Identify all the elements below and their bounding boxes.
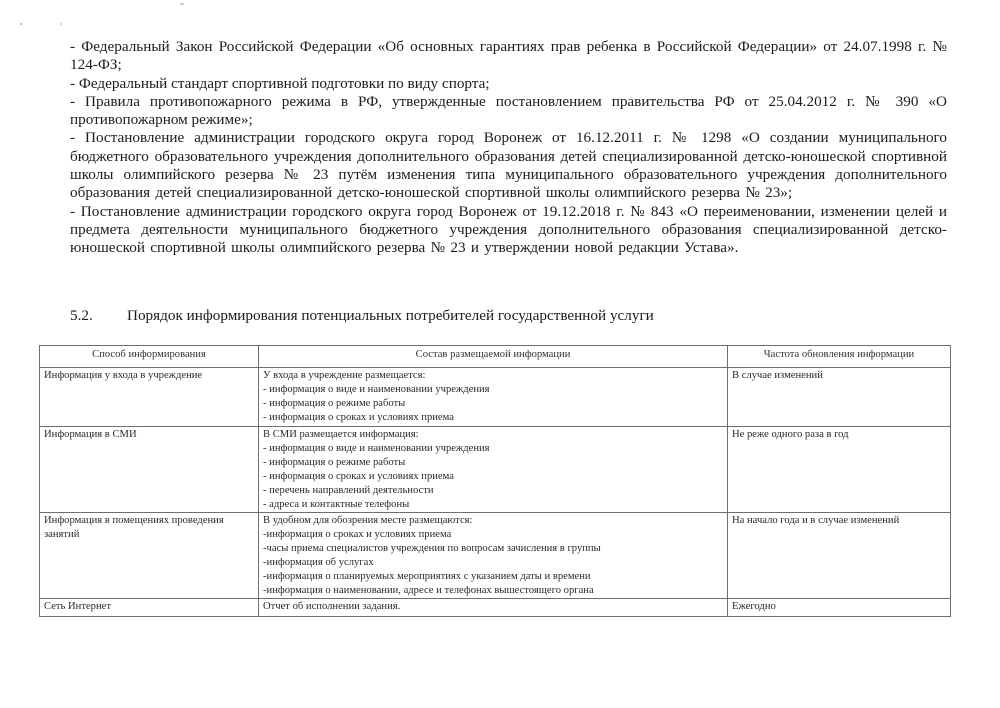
legal-basis-item: - Постановление администрации городского… bbox=[70, 129, 947, 202]
content-line: - адреса и контактные телефоны bbox=[263, 498, 723, 512]
frequency-cell: Ежегодно bbox=[728, 599, 951, 617]
frequency-cell: Не реже одного раза в год bbox=[728, 427, 951, 513]
content-line: -информация о планируемых мероприятиях с… bbox=[263, 570, 723, 584]
content-line: - информация о сроках и условиях приема bbox=[263, 411, 723, 425]
content-line: -информация об услугах bbox=[263, 556, 723, 570]
content-line: -часы приема специалистов учреждения по … bbox=[263, 542, 723, 556]
content-line: - информация о сроках и условиях приема bbox=[263, 470, 723, 484]
method-cell: Информация в СМИ bbox=[40, 427, 259, 513]
content-line: - информация о режиме работы bbox=[263, 397, 723, 411]
method-cell: Информация у входа в учреждение bbox=[40, 368, 259, 427]
content-line: - перечень направлений деятельности bbox=[263, 484, 723, 498]
scan-artifact bbox=[60, 23, 62, 25]
table-header-row: Способ информирования Состав размещаемой… bbox=[40, 346, 951, 368]
content-cell: Отчет об исполнении задания. bbox=[259, 599, 728, 617]
legal-basis-item: - Правила противопожарного режима в РФ, … bbox=[70, 93, 947, 130]
column-header-content: Состав размещаемой информации bbox=[259, 346, 728, 368]
table-row: Информация у входа в учреждение У входа … bbox=[40, 368, 951, 427]
content-line: - информация о режиме работы bbox=[263, 456, 723, 470]
content-line: - информация о виде и наименовании учреж… bbox=[263, 442, 723, 456]
legal-basis-item: - Постановление администрации городского… bbox=[70, 203, 947, 258]
column-header-frequency: Частота обновления информации bbox=[728, 346, 951, 368]
content-line: В СМИ размещается информация: bbox=[263, 428, 723, 442]
table-row: Информация в СМИ В СМИ размещается инфор… bbox=[40, 427, 951, 513]
scanned-page: - Федеральный Закон Российской Федерации… bbox=[0, 0, 1000, 708]
table-row: Сеть Интернет Отчет об исполнении задани… bbox=[40, 599, 951, 617]
frequency-cell: На начало года и в случае изменений bbox=[728, 513, 951, 599]
section-title: Порядок информирования потенциальных пот… bbox=[127, 307, 654, 324]
content-line: Отчет об исполнении задания. bbox=[263, 600, 723, 614]
column-header-method: Способ информирования bbox=[40, 346, 259, 368]
content-line: - информация о виде и наименовании учреж… bbox=[263, 383, 723, 397]
method-cell: Сеть Интернет bbox=[40, 599, 259, 617]
content-cell: У входа в учреждение размещается: - инфо… bbox=[259, 368, 728, 427]
section-heading: 5.2.Порядок информирования потенциальных… bbox=[70, 307, 654, 325]
scan-artifact bbox=[20, 23, 23, 25]
table-row: Информация в помещениях проведения занят… bbox=[40, 513, 951, 599]
content-line: В удобном для обозрения месте размещаютс… bbox=[263, 514, 723, 528]
content-line: -информация о наименовании, адресе и тел… bbox=[263, 584, 723, 598]
informing-table: Способ информирования Состав размещаемой… bbox=[39, 345, 951, 617]
content-cell: В удобном для обозрения месте размещаютс… bbox=[259, 513, 728, 599]
content-line: -информация о сроках и условиях приема bbox=[263, 528, 723, 542]
content-cell: В СМИ размещается информация: - информац… bbox=[259, 427, 728, 513]
frequency-cell: В случае изменений bbox=[728, 368, 951, 427]
content-line: У входа в учреждение размещается: bbox=[263, 369, 723, 383]
legal-basis-item: - Федеральный Закон Российской Федерации… bbox=[70, 38, 947, 75]
method-cell: Информация в помещениях проведения занят… bbox=[40, 513, 259, 599]
scan-artifact bbox=[180, 3, 184, 5]
section-number: 5.2. bbox=[70, 307, 127, 325]
legal-basis-item: - Федеральный стандарт спортивной подгот… bbox=[70, 75, 947, 93]
legal-basis-list: - Федеральный Закон Российской Федерации… bbox=[70, 38, 947, 258]
